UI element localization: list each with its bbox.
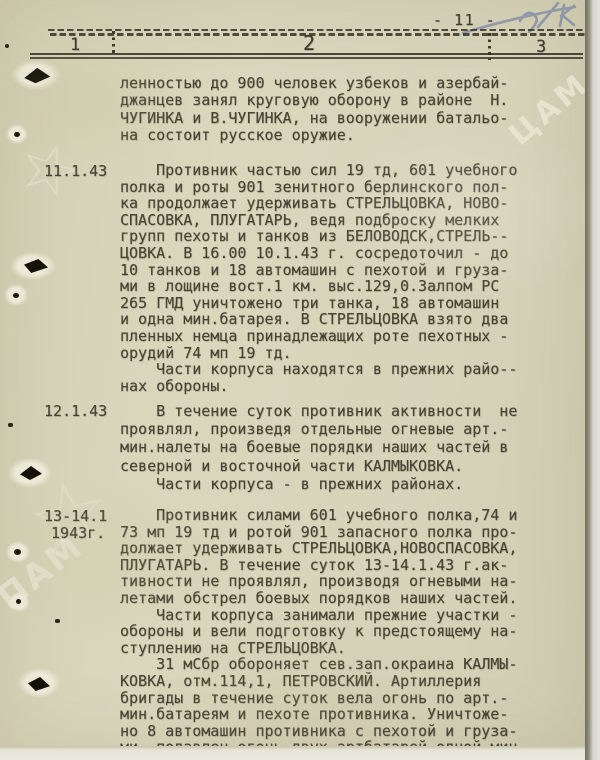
paper-speck <box>55 619 60 623</box>
entry-date: 11.1.43 <box>44 163 107 180</box>
text-line: нах обороны. <box>120 378 585 395</box>
text-line: В течение суток противник активности не <box>120 402 585 420</box>
entry-13-14-1-43: 13-14.11943г. Противник силами 601 учебн… <box>0 507 585 746</box>
text-line: тивности не проявлял, производя огневыми… <box>120 573 585 590</box>
column-separator-dots <box>112 31 115 54</box>
ink-blot <box>10 252 56 280</box>
paper-speck <box>5 44 9 48</box>
text-line: и одна мин.батарея. В СТРЕЛЬЦОВКА взято … <box>120 311 585 328</box>
document-page: ☆ ☆ ЦАМ ПАМ - 11 - +2к 1 2 3 ленностью д… <box>0 0 585 746</box>
entry-date-line: 12.1.43 <box>44 403 107 420</box>
text-line: ми в лощине вост.1 км. выс.129,0.Залпом … <box>120 278 585 295</box>
header-rule-line <box>30 57 583 59</box>
text-line: 73 мп 19 тд и ротой 901 запасного полка … <box>120 524 585 541</box>
paper-hole <box>8 592 30 612</box>
entry-date-line: 1943г. <box>51 525 107 542</box>
text-line: Противник частью сил 19 тд, 601 учебного <box>120 162 585 179</box>
entry-date-line: 13-14.1 <box>44 508 107 525</box>
text-line: ленностью до 900 человек узбеков и азерб… <box>120 75 585 92</box>
text-line: пленных немца принадлежащих роте пехотны… <box>120 328 585 345</box>
paper-hole <box>6 124 28 144</box>
text-line: орудий 74 мп 19 тд. <box>120 345 585 362</box>
ink-blot <box>8 458 52 488</box>
text-line: групп пехоты и танков из БЕЛОВОДСК,СТРЕЛ… <box>120 228 585 245</box>
text-line: Части корпуса находятся в прежних райо-- <box>120 361 585 378</box>
dashed-ruling-line <box>50 33 585 35</box>
text-line: должает удерживать СТРЕЛЬЦОВКА,НОВОСПАСО… <box>120 540 585 557</box>
header-rule-line <box>30 53 583 55</box>
text-line: на состоит русское оружие. <box>120 127 585 144</box>
entry-text: ленностью до 900 человек узбеков и азерб… <box>120 75 585 145</box>
column-separator-dots <box>488 33 491 60</box>
text-line: проявлял, произведя отдельные огневые ар… <box>120 420 585 438</box>
entry-date-line: 11.1.43 <box>44 163 107 180</box>
text-line: обороны и вели подготовку к предстоящему… <box>120 623 585 640</box>
text-line: ми, подавлен огонь двух артбатарей,одной… <box>120 739 585 746</box>
text-line: ЧУГИНКА и В.ЧУГИНКА, на вооружении батал… <box>120 110 585 127</box>
text-line: СПАСОВКА, ПЛУГАТАРЬ, ведя подброску мелк… <box>120 212 585 229</box>
scan-edge-right <box>585 0 600 760</box>
text-line: ка продолжает удерживать СТРЕЛЬЦОВКА, НО… <box>120 195 585 212</box>
column-label-1: 1 <box>70 35 80 55</box>
paper-hole <box>6 541 30 563</box>
ink-blot <box>18 668 60 698</box>
text-line: Противник силами 601 учебного полка,74 и <box>120 507 585 524</box>
text-line: ступлению на СТРЕЛЬЦОВКА. <box>120 640 585 657</box>
scan-edge-bottom <box>0 746 585 760</box>
entry-text: Противник частью сил 19 тд, 601 учебного… <box>120 162 585 394</box>
text-line: мин.батареям и пехоте противника. Уничто… <box>120 706 585 723</box>
ink-blot <box>12 60 60 90</box>
entry-12-1-43: 12.1.43 В течение суток противник активн… <box>0 402 585 493</box>
scanned-document-view: { "document": { "page_number": "- 11 -",… <box>0 0 600 760</box>
entry-text: В течение суток противник активности неп… <box>120 402 585 493</box>
entry-11-1-43: 11.1.43 Противник частью сил 19 тд, 601 … <box>0 162 585 394</box>
entry-date: 13-14.11943г. <box>44 508 107 542</box>
paper-speck <box>8 423 13 427</box>
paper-hole <box>4 284 28 306</box>
text-line: но 8 автомашин противника с пехотой и гр… <box>120 723 585 740</box>
text-line: КОВКА, отм.114,1, ПЕТРОВСКИЙ. Артиллерия <box>120 673 585 690</box>
entry-date: 12.1.43 <box>44 403 107 420</box>
text-line: полка и роты 901 зенитного берлинского п… <box>120 179 585 196</box>
text-line: Части корпуса занимали прежние участки - <box>120 607 585 624</box>
text-line: северной и восточной части КАЛМЫКОВКА. <box>120 457 585 475</box>
text-line: ПЛУГАТАРЬ. В течение суток 13-14.1.43 г.… <box>120 557 585 574</box>
entry-continuation: ленностью до 900 человек узбеков и азерб… <box>0 75 585 145</box>
text-line: 10 танков и 18 автомашин с пехотой и гру… <box>120 262 585 279</box>
text-line: 31 мСбр обороняет сев.зап.окраина КАЛМЫ- <box>120 656 585 673</box>
text-line: ЦОВКА. В 16.00 10.1.43 г. сосредоточил -… <box>120 245 585 262</box>
text-line: летами обстрел боевых порядков наших час… <box>120 590 585 607</box>
text-line: Части корпуса - в прежних районах. <box>120 475 585 493</box>
column-label-2: 2 <box>303 31 315 55</box>
text-line: мин.налеты на боевые порядки наших часте… <box>120 438 585 456</box>
entry-text: Противник силами 601 учебного полка,74 и… <box>120 507 585 746</box>
dashed-ruling-line <box>48 29 584 31</box>
text-line: 265 ГМД уничтожено три танка, 18 автомаш… <box>120 295 585 312</box>
text-line: джанцев занял круговую оборону в районе … <box>120 92 585 109</box>
text-line: бригады в течение суток вела огонь по ар… <box>120 690 585 707</box>
